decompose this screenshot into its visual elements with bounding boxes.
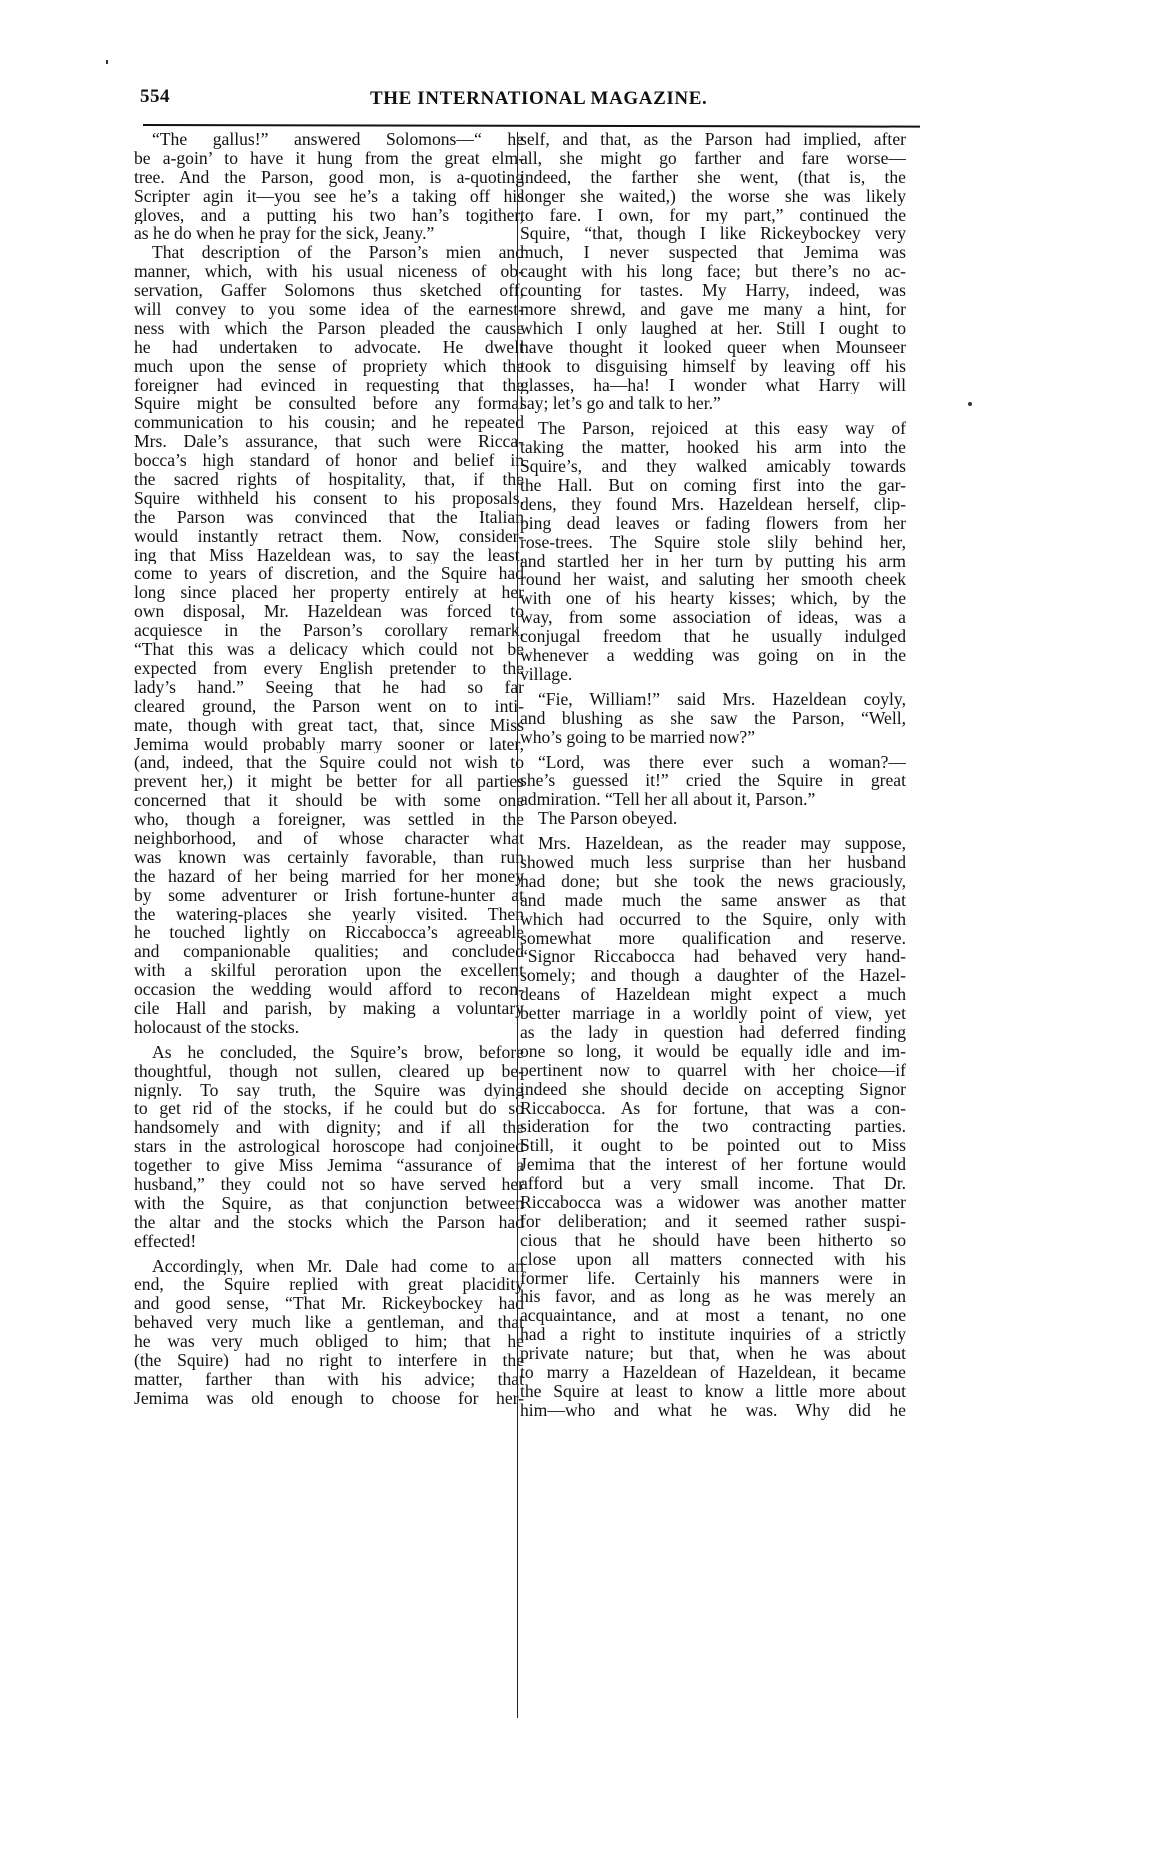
- text-line: he touched lightly on Riccabocca’s agree…: [134, 923, 524, 942]
- text-line: “The gallus!” answered Solomons—“ he: [134, 130, 524, 149]
- text-line: more shrewd, and gave me many a hint, fo…: [520, 300, 906, 319]
- text-line: admiration. “Tell her all about it, Pars…: [520, 790, 906, 809]
- text-line: to marry a Hazeldean of Hazeldean, it be…: [520, 1363, 906, 1382]
- text-line: behaved very much like a gentleman, and …: [134, 1313, 524, 1332]
- text-line: Accordingly, when Mr. Dale had come to a…: [134, 1257, 524, 1276]
- text-line: his favor, and as long as he was merely …: [520, 1287, 906, 1306]
- text-line: ness with which the Parson pleaded the c…: [134, 319, 524, 338]
- text-line: acquaintance, and at most a tenant, no o…: [520, 1306, 906, 1325]
- text-line: much, I never suspected that Jemima was: [520, 243, 906, 262]
- text-line: caught with his long face; but there’s n…: [520, 262, 906, 281]
- text-line: matter, farther than with his advice; th…: [134, 1370, 524, 1389]
- text-line: and good sense, “That Mr. Rickeybockey h…: [134, 1294, 524, 1313]
- text-line: glasses, ha—ha! I wonder what Harry will: [520, 376, 906, 395]
- text-line: Squire, “that, though I like Rickeybocke…: [520, 224, 906, 243]
- text-line: together to give Miss Jemima “assurance …: [134, 1156, 524, 1175]
- text-line: will convey to you some idea of the earn…: [134, 300, 524, 319]
- right-column: self, and that, as the Parson had implie…: [520, 130, 906, 1420]
- text-line: and companionable qualities; and conclud…: [134, 942, 524, 961]
- text-line: concerned that it should be with some on…: [134, 791, 524, 810]
- text-line: village.: [520, 665, 906, 684]
- text-line: The Parson obeyed.: [520, 809, 906, 828]
- left-column: “The gallus!” answered Solomons—“ hebe a…: [134, 130, 524, 1408]
- text-line: who’s going to be married now?”: [520, 728, 906, 747]
- text-line: cious that he should have been hitherto …: [520, 1231, 906, 1250]
- text-line: counting for tastes. My Harry, indeed, w…: [520, 281, 906, 300]
- text-line: afford but a very small income. That Dr.: [520, 1174, 906, 1193]
- text-line: Riccabocca. As for fortune, that was a c…: [520, 1099, 906, 1118]
- text-line: as the lady in question had deferred fin…: [520, 1023, 906, 1042]
- text-line: and blushing as she saw the Parson, “Wel…: [520, 709, 906, 728]
- text-line: indeed, the farther she went, (that is, …: [520, 168, 906, 187]
- text-line: taking the matter, hooked his arm into t…: [520, 438, 906, 457]
- page-header: 554 THE INTERNATIONAL MAGAZINE.: [140, 86, 920, 116]
- text-line: somewhat more qualification and reserve.: [520, 929, 906, 948]
- text-line: holocaust of the stocks.: [134, 1018, 524, 1037]
- text-line: Mrs. Hazeldean, as the reader may suppos…: [520, 834, 906, 853]
- text-line: longer she waited,) the worse she was li…: [520, 187, 906, 206]
- text-line: communication to his cousin; and he repe…: [134, 413, 524, 432]
- text-line: ping dead leaves or fading flowers from …: [520, 514, 906, 533]
- text-line: acquiesce in the Parson’s corollary rema…: [134, 621, 524, 640]
- text-line: much upon the sense of propriety which t…: [134, 357, 524, 376]
- text-line: husband,” they could not so have served …: [134, 1175, 524, 1194]
- text-line: she’s guessed it!” cried the Squire in g…: [520, 771, 906, 790]
- text-line: round her waist, and saluting her smooth…: [520, 570, 906, 589]
- text-line: (the Squire) had no right to interfere i…: [134, 1351, 524, 1370]
- text-line: Scripter agin it—you see he’s a taking o…: [134, 187, 524, 206]
- text-line: the Parson was convinced that the Italia…: [134, 508, 524, 527]
- text-line: nignly. To say truth, the Squire was dyi…: [134, 1081, 524, 1100]
- text-line: expected from every English pretender to…: [134, 659, 524, 678]
- text-line: would instantly retract them. Now, consi…: [134, 527, 524, 546]
- text-line: thoughtful, though not sullen, cleared u…: [134, 1062, 524, 1081]
- text-line: “Signor Riccabocca had behaved very hand…: [520, 947, 906, 966]
- text-line: and made much the same answer as that: [520, 891, 906, 910]
- text-line: with the Squire, as that conjunction bet…: [134, 1194, 524, 1213]
- text-line: “Lord, was there ever such a woman?—: [520, 753, 906, 772]
- text-line: he was very much obliged to him; that he: [134, 1332, 524, 1351]
- text-line: indeed she should decide on accepting Si…: [520, 1080, 906, 1099]
- text-line: pertinent now to quarrel with her choice…: [520, 1061, 906, 1080]
- text-line: self, and that, as the Parson had implie…: [520, 130, 906, 149]
- text-line: for deliberation; and it seemed rather s…: [520, 1212, 906, 1231]
- text-line: cleared ground, the Parson went on to in…: [134, 697, 524, 716]
- text-line: prevent her,) it might be better for all…: [134, 772, 524, 791]
- text-line: the Hall. But on coming first into the g…: [520, 476, 906, 495]
- text-line: occasion the wedding would afford to rec…: [134, 980, 524, 999]
- text-line: to fare. I own, for my part,” continued …: [520, 206, 906, 225]
- text-line: manner, which, with his usual niceness o…: [134, 262, 524, 281]
- text-line: with a skilful peroration upon the excel…: [134, 961, 524, 980]
- text-line: come to years of discretion, and the Squ…: [134, 564, 524, 583]
- text-line: and startled her in her turn by putting …: [520, 552, 906, 571]
- text-line: whenever a wedding was going on in the: [520, 646, 906, 665]
- text-line: as he do when he pray for the sick, Jean…: [134, 224, 524, 243]
- text-line: private nature; but that, when he was ab…: [520, 1344, 906, 1363]
- text-line: he had undertaken to advocate. He dwelt: [134, 338, 524, 357]
- text-line: Squire withheld his consent to his propo…: [134, 489, 524, 508]
- text-line: took to disguising himself by leaving of…: [520, 357, 906, 376]
- text-line: Mrs. Dale’s assurance, that such were Ri…: [134, 432, 524, 451]
- text-line: showed much less surprise than her husba…: [520, 853, 906, 872]
- text-line: the altar and the stocks which the Parso…: [134, 1213, 524, 1232]
- text-line: own disposal, Mr. Hazeldean was forced t…: [134, 602, 524, 621]
- text-line: better marriage in a worldly point of vi…: [520, 1004, 906, 1023]
- column-divider: [517, 132, 518, 1718]
- text-line: all, she might go farther and fare worse…: [520, 149, 906, 168]
- text-line: by some adventurer or Irish fortune-hunt…: [134, 886, 524, 905]
- text-line: the Squire at least to know a little mor…: [520, 1382, 906, 1401]
- text-line: lady’s hand.” Seeing that he had so far: [134, 678, 524, 697]
- text-line: to get rid of the stocks, if he could bu…: [134, 1099, 524, 1118]
- text-line: neighborhood, and of whose character wha…: [134, 829, 524, 848]
- text-line: had done; but she took the news gracious…: [520, 872, 906, 891]
- text-line: Riccabocca was a widower was another mat…: [520, 1193, 906, 1212]
- text-line: “That this was a delicacy which could no…: [134, 640, 524, 659]
- text-line: who, though a foreigner, was settled in …: [134, 810, 524, 829]
- text-line: The Parson, rejoiced at this easy way of: [520, 419, 906, 438]
- text-line: servation, Gaffer Solomons thus sketched…: [134, 281, 524, 300]
- text-line: bocca’s high standard of honor and belie…: [134, 451, 524, 470]
- text-line: conjugal freedom that he usually indulge…: [520, 627, 906, 646]
- text-line: the watering-places she yearly visited. …: [134, 905, 524, 924]
- text-line: ing that Miss Hazeldean was, to say the …: [134, 546, 524, 565]
- text-line: effected!: [134, 1232, 524, 1251]
- text-line: somely; and though a daughter of the Haz…: [520, 966, 906, 985]
- running-title: THE INTERNATIONAL MAGAZINE.: [370, 88, 707, 110]
- text-line: sideration for the two contracting parti…: [520, 1117, 906, 1136]
- text-line: way, from some association of ideas, was…: [520, 608, 906, 627]
- text-line: As he concluded, the Squire’s brow, befo…: [134, 1043, 524, 1062]
- text-line: Jemima would probably marry sooner or la…: [134, 735, 524, 754]
- print-speck: [106, 60, 108, 64]
- text-line: him—who and what he was. Why did he: [520, 1401, 906, 1420]
- text-line: tree. And the Parson, good mon, is a-quo…: [134, 168, 524, 187]
- text-line: gloves, and a putting his two han’s togi…: [134, 206, 524, 225]
- text-line: long since placed her property entirely …: [134, 583, 524, 602]
- text-line: deans of Hazeldean might expect a much: [520, 985, 906, 1004]
- text-line: have thought it looked queer when Mounse…: [520, 338, 906, 357]
- print-speck: [968, 402, 972, 406]
- header-rule: [143, 124, 920, 128]
- text-line: former life. Certainly his manners were …: [520, 1269, 906, 1288]
- text-line: stars in the astrological horoscope had …: [134, 1137, 524, 1156]
- text-line: which had occurred to the Squire, only w…: [520, 910, 906, 929]
- text-line: “Fie, William!” said Mrs. Hazeldean coyl…: [520, 690, 906, 709]
- text-line: Squire might be consulted before any for…: [134, 394, 524, 413]
- text-line: handsomely and with dignity; and if all …: [134, 1118, 524, 1137]
- text-line: rose-trees. The Squire stole slily behin…: [520, 533, 906, 552]
- text-line: foreigner had evinced in requesting that…: [134, 376, 524, 395]
- text-line: mate, though with great tact, that, sinc…: [134, 716, 524, 735]
- text-line: had a right to institute inquiries of a …: [520, 1325, 906, 1344]
- text-line: was known was certainly favorable, than …: [134, 848, 524, 867]
- text-line: (and, indeed, that the Squire could not …: [134, 753, 524, 772]
- text-line: be a-goin’ to have it hung from the grea…: [134, 149, 524, 168]
- text-line: with one of his hearty kisses; which, by…: [520, 589, 906, 608]
- text-line: one so long, it would be equally idle an…: [520, 1042, 906, 1061]
- text-line: close upon all matters connected with hi…: [520, 1250, 906, 1269]
- text-line: say; let’s go and talk to her.”: [520, 394, 906, 413]
- text-line: Squire’s, and they walked amicably towar…: [520, 457, 906, 476]
- text-line: Still, it ought to be pointed out to Mis…: [520, 1136, 906, 1155]
- text-line: dens, they found Mrs. Hazeldean herself,…: [520, 495, 906, 514]
- text-line: end, the Squire replied with great placi…: [134, 1275, 524, 1294]
- text-line: Jemima was old enough to choose for her-: [134, 1389, 524, 1408]
- text-line: That description of the Parson’s mien an…: [134, 243, 524, 262]
- text-line: the hazard of her being married for her …: [134, 867, 524, 886]
- text-line: which I only laughed at her. Still I oug…: [520, 319, 906, 338]
- text-line: cile Hall and parish, by making a volunt…: [134, 999, 524, 1018]
- page-number: 554: [140, 86, 170, 108]
- magazine-page: 554 THE INTERNATIONAL MAGAZINE. “The gal…: [0, 0, 1176, 1850]
- text-line: Jemima that the interest of her fortune …: [520, 1155, 906, 1174]
- text-line: the sacred rights of hospitality, that, …: [134, 470, 524, 489]
